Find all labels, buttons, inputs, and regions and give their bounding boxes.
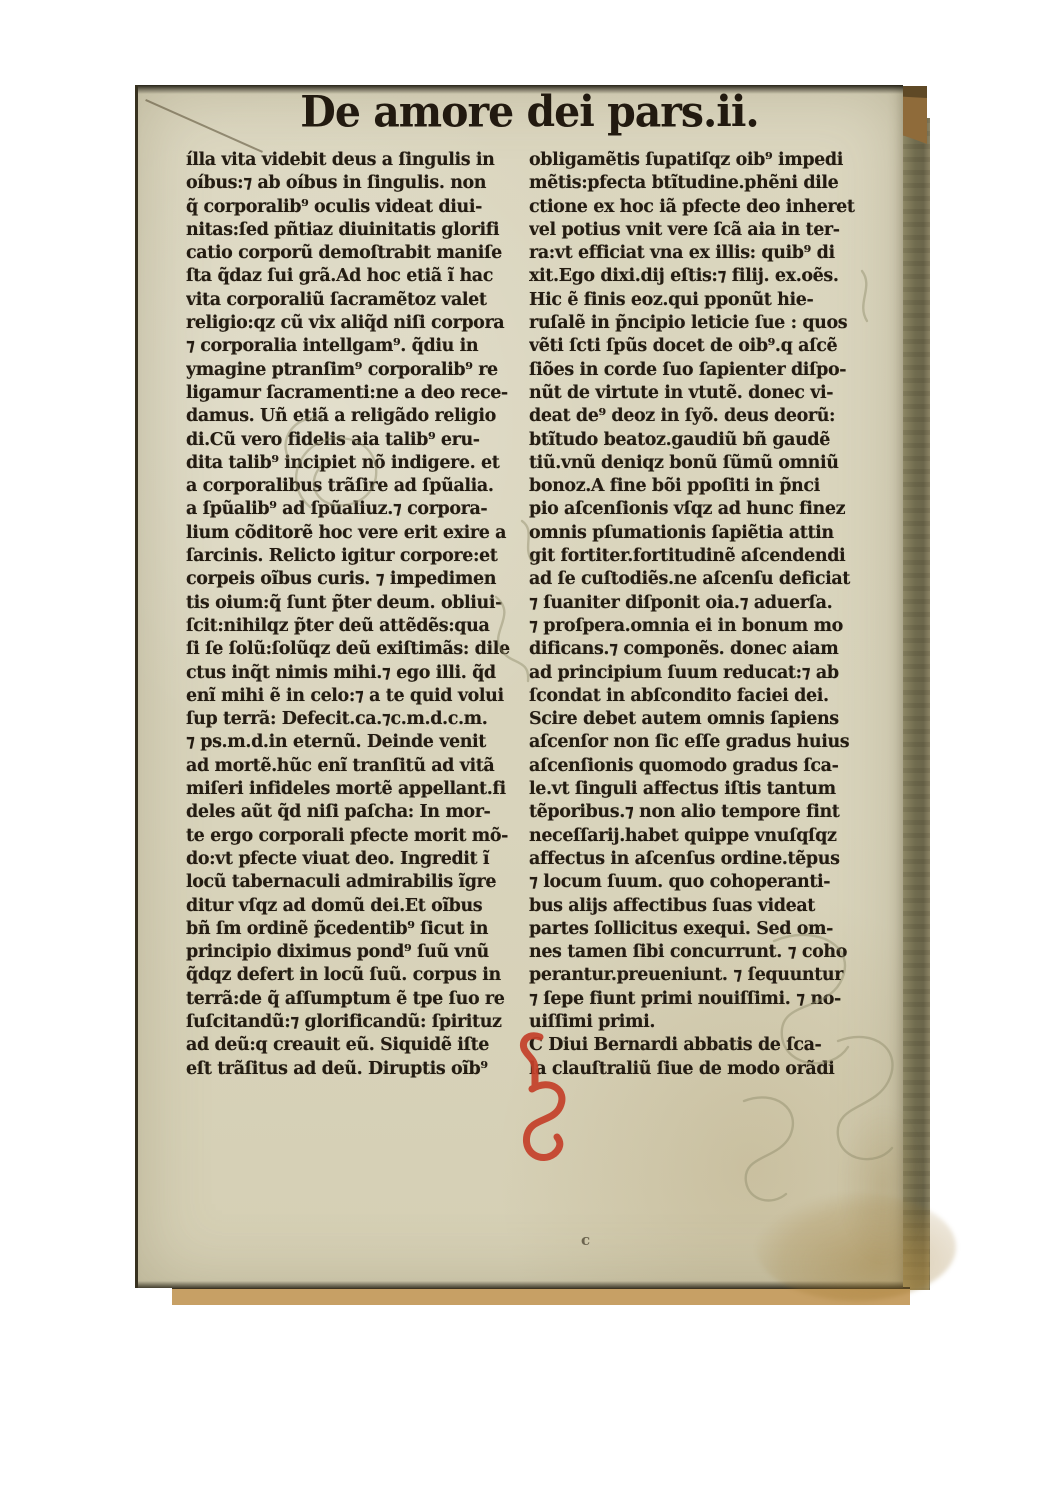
margin-mark: c — [581, 1231, 590, 1249]
running-title: De amore dei pars.ii. — [138, 88, 903, 136]
damp-stain-small — [838, 1105, 928, 1265]
book-scan: De amore dei pars.ii. ílla vita videbit … — [0, 0, 1060, 1500]
text-column-right: obligamẽtis ſupatiſqz oib⁹ impedi mẽtis:… — [529, 149, 897, 1089]
book-page: De amore dei pars.ii. ílla vita videbit … — [135, 85, 903, 1288]
text-column-left: ílla vita videbit deus a ſingulis in oíb… — [186, 149, 526, 1089]
